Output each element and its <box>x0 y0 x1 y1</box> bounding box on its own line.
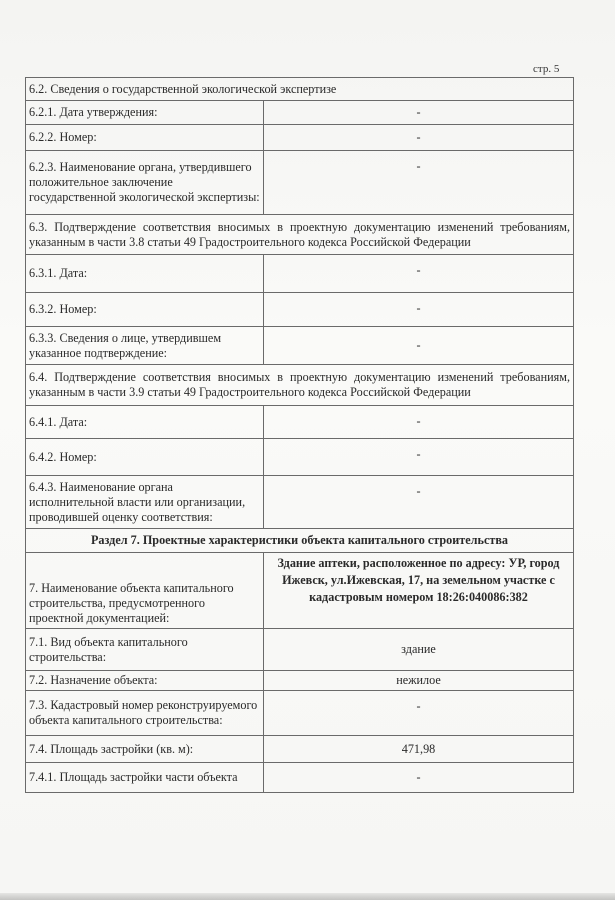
table-row: 6.3.2. Номер: - <box>26 293 574 327</box>
row-value: - <box>264 101 574 125</box>
section-title: 6.4. Подтверждение соответствия вносимых… <box>26 365 574 406</box>
section-title: Раздел 7. Проектные характеристики объек… <box>26 529 574 553</box>
section-header-6-2: 6.2. Сведения о государственной экологич… <box>26 78 574 101</box>
row-value: - <box>264 406 574 439</box>
row-label: 6.2.1. Дата утверждения: <box>26 101 264 125</box>
table-row: 6.2.1. Дата утверждения: - <box>26 101 574 125</box>
row-label: 6.2.2. Номер: <box>26 125 264 151</box>
table-row: 7.4. Площадь застройки (кв. м): 471,98 <box>26 736 574 763</box>
project-characteristics-table: 6.2. Сведения о государственной экологич… <box>25 77 574 793</box>
page-number: стр. 5 <box>533 63 559 75</box>
section-title: 6.2. Сведения о государственной экологич… <box>26 78 574 101</box>
page-edge-shadow <box>0 893 615 900</box>
row-value: - <box>264 293 574 327</box>
table-row: 7. Наименование объекта капитального стр… <box>26 553 574 629</box>
table-row: 7.2. Назначение объекта: нежилое <box>26 671 574 691</box>
table-row: 6.2.3. Наименование органа, утвердившего… <box>26 151 574 215</box>
section-header-6-4: 6.4. Подтверждение соответствия вносимых… <box>26 365 574 406</box>
object-name-value: Здание аптеки, расположенное по адресу: … <box>264 553 574 629</box>
row-label: 6.4.3. Наименование органа исполнительно… <box>26 476 264 529</box>
document-page: стр. 5 6.2. Сведения о государственной э… <box>0 0 615 900</box>
table-row: 6.2.2. Номер: - <box>26 125 574 151</box>
row-value: - <box>264 151 574 215</box>
row-label: 6.4.1. Дата: <box>26 406 264 439</box>
table-row: 6.4.3. Наименование органа исполнительно… <box>26 476 574 529</box>
building-area-value: 471,98 <box>264 736 574 763</box>
row-label: 7.1. Вид объекта капитального строительс… <box>26 629 264 671</box>
row-value: - <box>264 691 574 736</box>
row-value: - <box>264 255 574 293</box>
table-row: 6.4.1. Дата: - <box>26 406 574 439</box>
row-label: 6.3.3. Сведения о лице, утвердившем указ… <box>26 327 264 365</box>
table-row: 7.4.1. Площадь застройки части объекта - <box>26 763 574 793</box>
row-label: 7.3. Кадастровый номер реконструируемого… <box>26 691 264 736</box>
row-value: - <box>264 439 574 476</box>
table-row: 6.3.1. Дата: - <box>26 255 574 293</box>
row-value: - <box>264 763 574 793</box>
table-row: 6.4.2. Номер: - <box>26 439 574 476</box>
section-header-6-3: 6.3. Подтверждение соответствия вносимых… <box>26 215 574 255</box>
row-label: 7.4.1. Площадь застройки части объекта <box>26 763 264 793</box>
row-label: 6.3.1. Дата: <box>26 255 264 293</box>
table-row: 7.1. Вид объекта капитального строительс… <box>26 629 574 671</box>
table-row: 6.3.3. Сведения о лице, утвердившем указ… <box>26 327 574 365</box>
row-label: 7.2. Назначение объекта: <box>26 671 264 691</box>
row-value: нежилое <box>264 671 574 691</box>
row-value: - <box>264 125 574 151</box>
section-header-7: Раздел 7. Проектные характеристики объек… <box>26 529 574 553</box>
section-title: 6.3. Подтверждение соответствия вносимых… <box>26 215 574 255</box>
row-label: 6.4.2. Номер: <box>26 439 264 476</box>
row-label: 7. Наименование объекта капитального стр… <box>26 553 264 629</box>
row-value: - <box>264 476 574 529</box>
row-value: здание <box>264 629 574 671</box>
row-label: 6.3.2. Номер: <box>26 293 264 327</box>
row-label: 7.4. Площадь застройки (кв. м): <box>26 736 264 763</box>
row-label: 6.2.3. Наименование органа, утвердившего… <box>26 151 264 215</box>
row-value: - <box>264 327 574 365</box>
table-row: 7.3. Кадастровый номер реконструируемого… <box>26 691 574 736</box>
